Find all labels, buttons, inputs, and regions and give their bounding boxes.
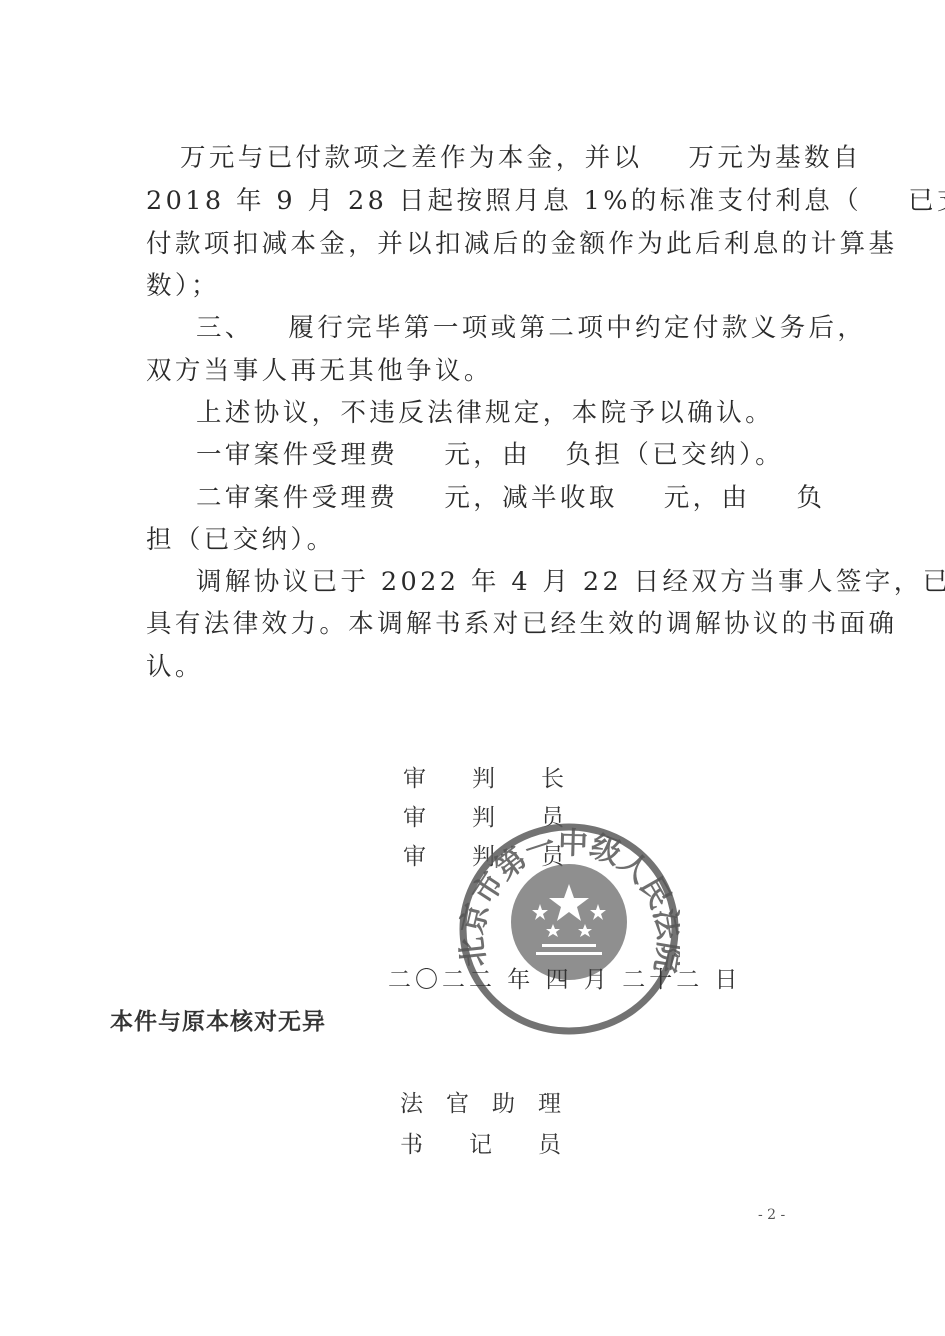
clerk-title: 书 记 员	[400, 1134, 561, 1157]
page-number: - 2 -	[758, 1207, 785, 1223]
body-line-13: 认。	[146, 655, 806, 681]
body-line-7: 上述协议，不违反法律规定，本院予以确认。	[196, 401, 856, 427]
document-date: 二〇二二 年 四 月 二十二 日	[388, 969, 742, 992]
body-line-6: 双方当事人再无其他争议。	[146, 359, 806, 385]
presiding-judge-title: 审 判 长	[403, 768, 564, 791]
body-line-8: 一审案件受理费 元，由 负担（已交纳）。	[196, 443, 856, 469]
body-line-4: 数）；	[146, 274, 806, 300]
assistant-title: 法 官 助 理	[400, 1093, 561, 1116]
body-line-5: 三、 履行完毕第一项或第二项中约定付款义务后，	[196, 316, 856, 342]
body-line-9: 二审案件受理费 元，减半收取 元，由 负	[196, 486, 856, 512]
body-line-12: 具有法律效力。本调解书系对已经生效的调解协议的书面确	[146, 612, 806, 638]
body-line-2: 2018 年 9 月 28 日起按照月息 1%的标准支付利息（ 已支	[146, 189, 806, 215]
body-line-11: 调解协议已于 2022 年 4 月 22 日经双方当事人签字，已	[196, 570, 856, 596]
certification-stamp: 本件与原本核对无异	[110, 1003, 326, 1036]
court-seal-icon: 北京市第一中级人民法院	[458, 822, 680, 1036]
body-line-10: 担（已交纳）。	[146, 528, 806, 554]
body-line-3: 付款项扣减本金，并以扣减后的金额作为此后利息的计算基	[146, 232, 806, 258]
body-line-1: 万元与已付款项之差作为本金，并以 万元为基数自	[180, 146, 840, 172]
